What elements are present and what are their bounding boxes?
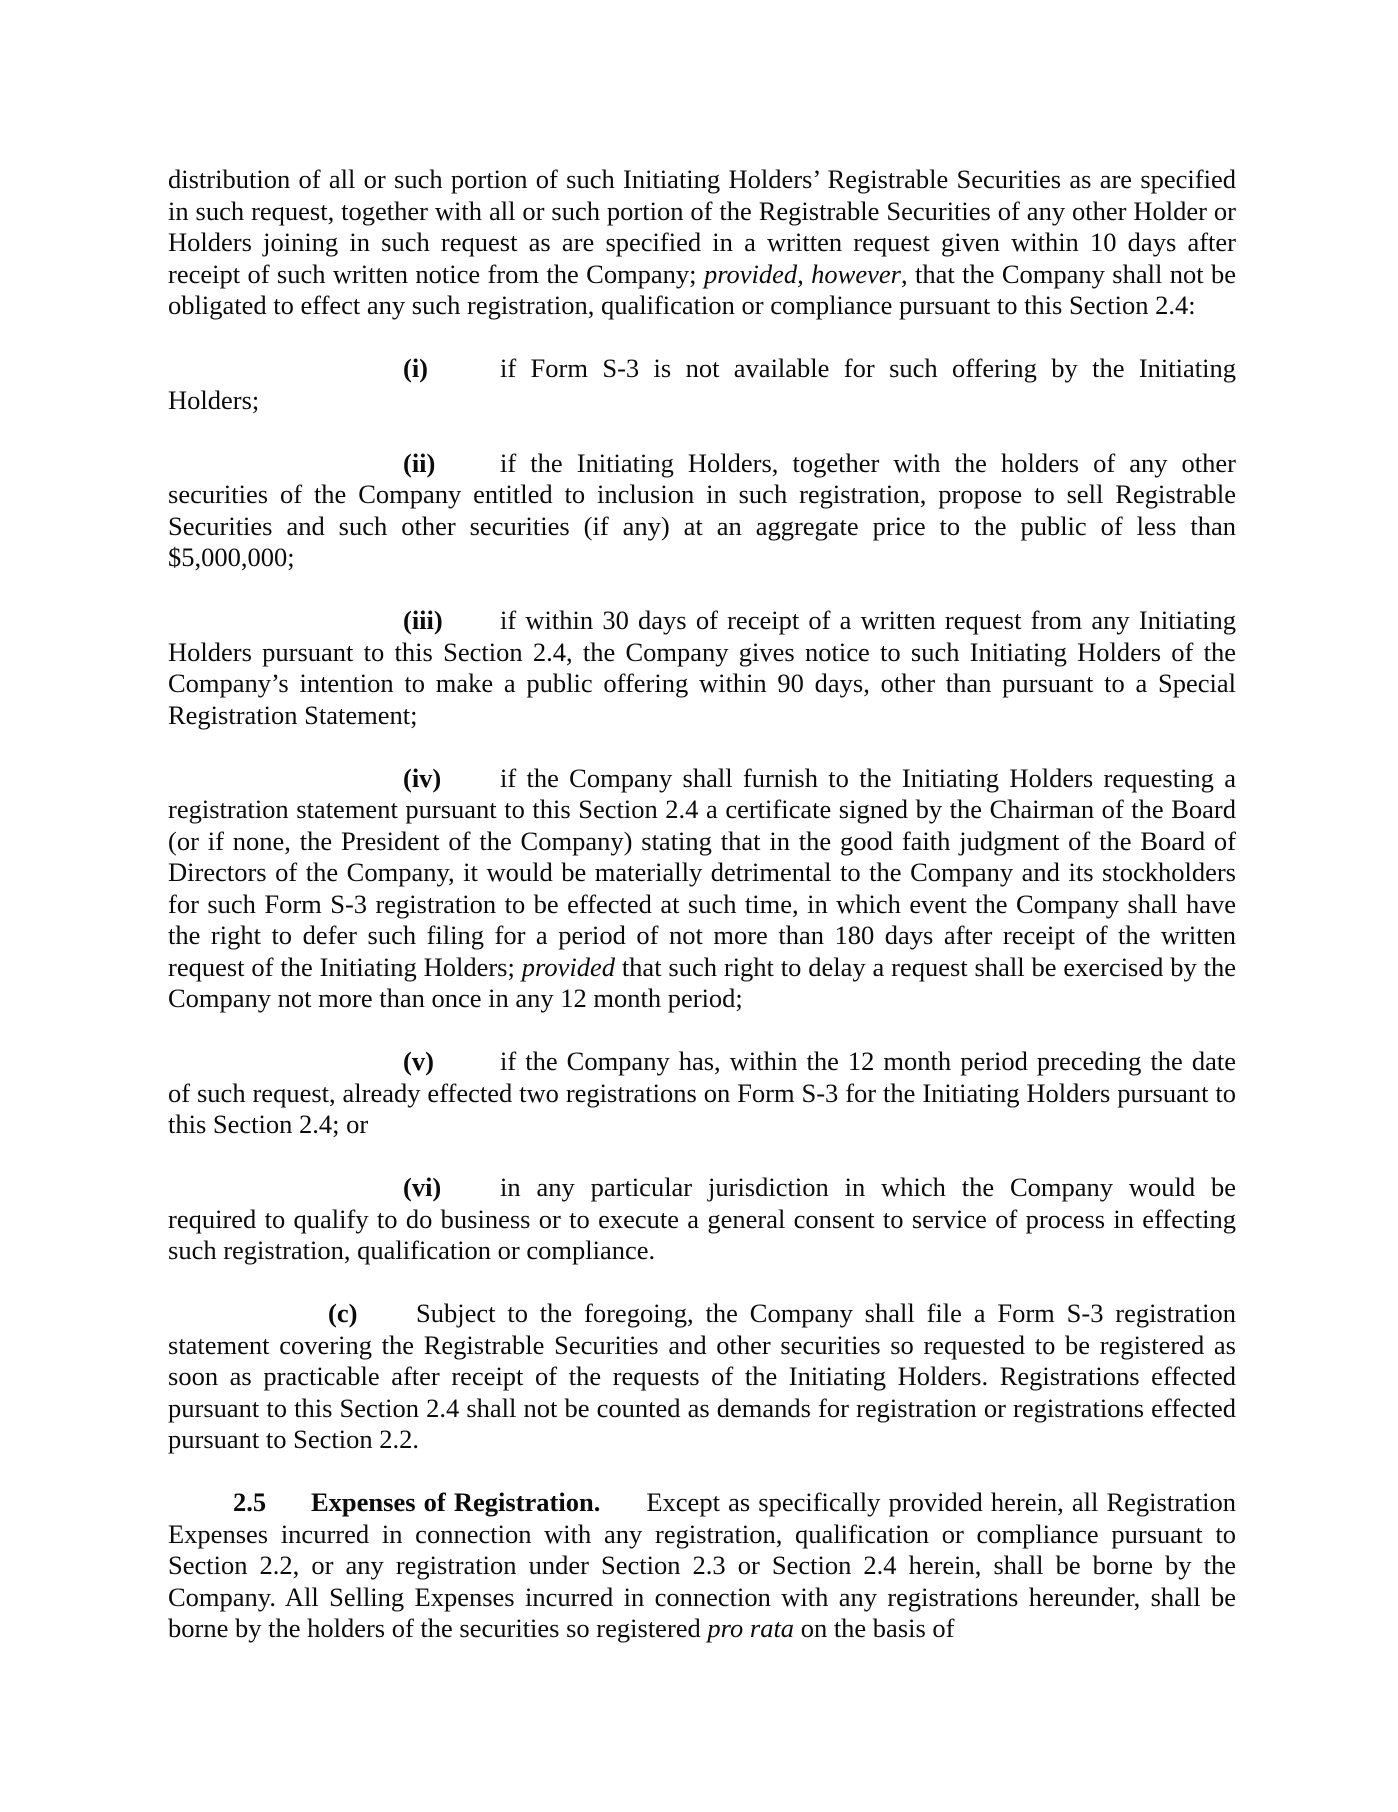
- section-2-5: 2.5Expenses of Registration.Except as sp…: [168, 1487, 1236, 1645]
- clause-c-label: (c): [328, 1298, 416, 1330]
- clause-c: (c)Subject to the foregoing, the Company…: [168, 1298, 1236, 1456]
- body-text: in any particular jurisdiction in which …: [168, 1172, 1236, 1265]
- clause-v-label: (v): [403, 1046, 500, 1078]
- italic-pro-rata: pro rata: [707, 1613, 794, 1643]
- body-text: if the Initiating Holders, together with…: [168, 448, 1236, 573]
- document-body: distribution of all or such portion of s…: [168, 164, 1236, 1645]
- clause-v: (v)if the Company has, within the 12 mon…: [168, 1046, 1236, 1141]
- clause-iii: (iii)if within 30 days of receipt of a w…: [168, 605, 1236, 731]
- clause-iv: (iv)if the Company shall furnish to the …: [168, 763, 1236, 1015]
- body-text: if Form S-3 is not available for such of…: [168, 353, 1236, 415]
- clause-ii: (ii)if the Initiating Holders, together …: [168, 448, 1236, 574]
- clause-vi: (vi)in any particular jurisdiction in wh…: [168, 1172, 1236, 1267]
- italic-proviso: provided: [522, 952, 615, 982]
- clause-i-label: (i): [403, 353, 500, 385]
- clause-ii-label: (ii): [403, 448, 500, 480]
- body-text: if the Company shall furnish to the Init…: [168, 763, 1236, 982]
- document-page: distribution of all or such portion of s…: [0, 0, 1398, 1812]
- body-text: on the basis of: [794, 1613, 954, 1643]
- paragraph-continuation: distribution of all or such portion of s…: [168, 164, 1236, 322]
- clause-iv-label: (iv): [403, 763, 500, 795]
- section-2-5-heading: Expenses of Registration.: [311, 1487, 600, 1517]
- italic-proviso: provided, however: [704, 259, 901, 289]
- section-2-5-number: 2.5: [233, 1487, 311, 1519]
- body-text: if the Company has, within the 12 month …: [168, 1046, 1236, 1139]
- clause-vi-label: (vi): [403, 1172, 500, 1204]
- body-text: if within 30 days of receipt of a writte…: [168, 605, 1236, 730]
- clause-iii-label: (iii): [403, 605, 500, 637]
- clause-i: (i)if Form S-3 is not available for such…: [168, 353, 1236, 416]
